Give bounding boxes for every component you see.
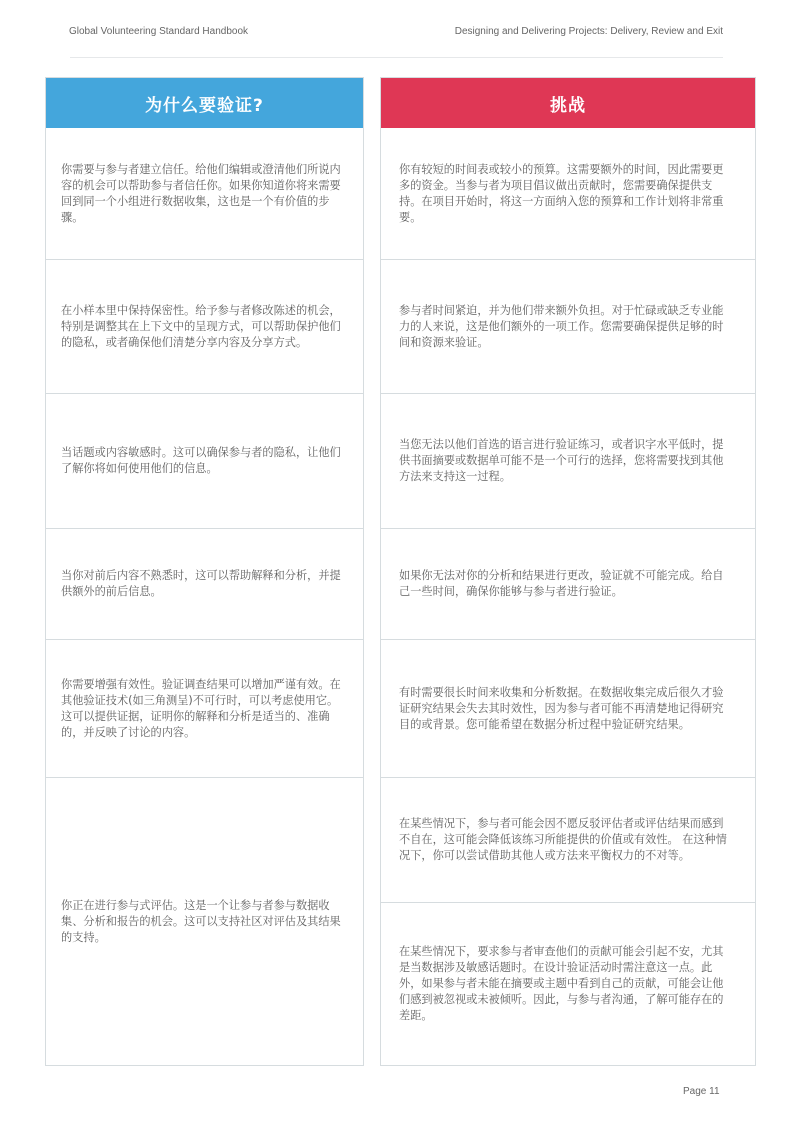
why-cell-text: 你需要增强有效性。验证调查结果可以增加严谨有效。在其他验证技术(如三角测呈)不可… bbox=[61, 677, 347, 741]
challenge-cell-text: 你有较短的时间表或较小的预算。这需要额外的时间，因此需要更多的资金。当参与者为项… bbox=[399, 162, 731, 226]
why-cell-1: 你需要与参与者建立信任。给他们编辑或澄清他们所说内容的机会可以帮助参与者信任你。… bbox=[46, 128, 363, 259]
why-cell-5: 你需要增强有效性。验证调查结果可以增加严谨有效。在其他验证技术(如三角测呈)不可… bbox=[46, 639, 363, 777]
page-number: Page 11 bbox=[683, 1086, 720, 1097]
why-cell-4: 当你对前后内容不熟悉时，这可以帮助解释和分析，并提供额外的前后信息。 bbox=[46, 528, 363, 639]
challenges-heading: 挑战 bbox=[381, 78, 755, 128]
why-validate-heading: 为什么要验证? bbox=[46, 78, 363, 128]
why-cell-2: 在小样本里中保持保密性。给予参与者修改陈述的机会，特别是调整其在上下文中的呈现方… bbox=[46, 259, 363, 393]
challenge-cell-text: 有时需要很长时间来收集和分析数据。在数据收集完成后很久才验证研究结果会失去其时效… bbox=[399, 685, 731, 733]
running-header: Global Volunteering Standard Handbook De… bbox=[69, 26, 723, 42]
challenges-column: 挑战 你有较短的时间表或较小的预算。这需要额外的时间，因此需要更多的资金。当参与… bbox=[380, 77, 756, 1066]
why-cell-3: 当话题或内容敏感时。这可以确保参与者的隐私，让他们了解你将如何使用他们的信息。 bbox=[46, 393, 363, 528]
challenge-cell-7: 在某些情况下，要求参与者审查他们的贡献可能会引起不安，尤其是当数据涉及敏感话题时… bbox=[381, 902, 755, 1065]
challenge-cell-text: 在某些情况下，要求参与者审查他们的贡献可能会引起不安，尤其是当数据涉及敏感话题时… bbox=[399, 944, 731, 1024]
why-cell-6: 你正在进行参与式评估。这是一个让参与者参与数据收集、分析和报告的机会。这可以支持… bbox=[46, 777, 363, 1065]
handbook-title: Global Volunteering Standard Handbook bbox=[69, 26, 248, 37]
why-cell-text: 当你对前后内容不熟悉时，这可以帮助解释和分析，并提供额外的前后信息。 bbox=[61, 568, 347, 600]
challenge-cell-3: 当您无法以他们首选的语言进行验证练习，或者识字水平低时，提供书面摘要或数据单可能… bbox=[381, 393, 755, 528]
section-title: Designing and Delivering Projects: Deliv… bbox=[455, 26, 723, 37]
why-validate-column: 为什么要验证? 你需要与参与者建立信任。给他们编辑或澄清他们所说内容的机会可以帮… bbox=[45, 77, 364, 1066]
challenge-cell-text: 如果你无法对你的分析和结果进行更改，验证就不可能完成。给自己一些时间，确保你能够… bbox=[399, 568, 731, 600]
challenge-cell-1: 你有较短的时间表或较小的预算。这需要额外的时间，因此需要更多的资金。当参与者为项… bbox=[381, 128, 755, 259]
challenge-cell-text: 参与者时间紧迫，并为他们带来额外负担。对于忙碌或缺乏专业能力的人来说，这是他们额… bbox=[399, 303, 731, 351]
challenge-cell-text: 当您无法以他们首选的语言进行验证练习，或者识字水平低时，提供书面摘要或数据单可能… bbox=[399, 437, 731, 485]
why-cell-text: 当话题或内容敏感时。这可以确保参与者的隐私，让他们了解你将如何使用他们的信息。 bbox=[61, 445, 347, 477]
why-validate-cells: 你需要与参与者建立信任。给他们编辑或澄清他们所说内容的机会可以帮助参与者信任你。… bbox=[46, 128, 363, 1065]
challenge-cell-2: 参与者时间紧迫，并为他们带来额外负担。对于忙碌或缺乏专业能力的人来说，这是他们额… bbox=[381, 259, 755, 393]
header-divider bbox=[70, 57, 723, 58]
challenge-cell-5: 有时需要很长时间来收集和分析数据。在数据收集完成后很久才验证研究结果会失去其时效… bbox=[381, 639, 755, 777]
challenge-cell-4: 如果你无法对你的分析和结果进行更改，验证就不可能完成。给自己一些时间，确保你能够… bbox=[381, 528, 755, 639]
challenge-cell-text: 在某些情况下，参与者可能会因不愿反驳评估者或评估结果而感到不自在，这可能会降低该… bbox=[399, 816, 731, 864]
challenges-cells: 你有较短的时间表或较小的预算。这需要额外的时间，因此需要更多的资金。当参与者为项… bbox=[381, 128, 755, 1065]
why-cell-text: 你正在进行参与式评估。这是一个让参与者参与数据收集、分析和报告的机会。这可以支持… bbox=[61, 898, 347, 946]
why-cell-text: 你需要与参与者建立信任。给他们编辑或澄清他们所说内容的机会可以帮助参与者信任你。… bbox=[61, 162, 347, 226]
challenge-cell-6: 在某些情况下，参与者可能会因不愿反驳评估者或评估结果而感到不自在，这可能会降低该… bbox=[381, 777, 755, 902]
why-cell-text: 在小样本里中保持保密性。给予参与者修改陈述的机会，特别是调整其在上下文中的呈现方… bbox=[61, 303, 347, 351]
